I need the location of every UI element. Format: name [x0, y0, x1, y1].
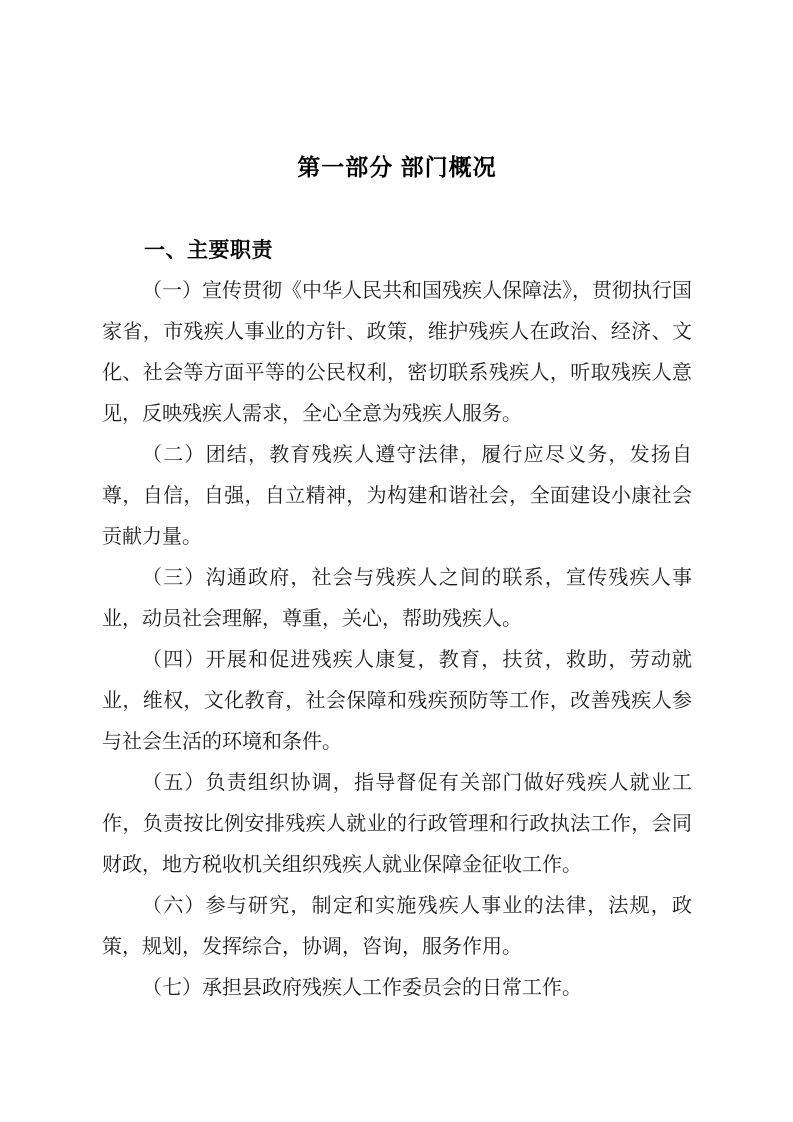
- paragraph-duty-7: （七）承担县政府残疾人工作委员会的日常工作。: [102, 968, 692, 1009]
- paragraph-duty-1: （一）宣传贯彻《中华人民共和国残疾人保障法》，贯彻执行国家省，市残疾人事业的方针…: [102, 271, 692, 435]
- document-content: 第一部分 部门概况 一、主要职责 （一）宣传贯彻《中华人民共和国残疾人保障法》，…: [102, 0, 692, 1009]
- document-title: 第一部分 部门概况: [102, 149, 692, 185]
- paragraph-duty-2: （二）团结，教育残疾人遵守法律，履行应尽义务，发扬自尊，自信，自强，自立精神，为…: [102, 435, 692, 558]
- paragraph-duty-5: （五）负责组织协调，指导督促有关部门做好残疾人就业工作，负责按比例安排残疾人就业…: [102, 763, 692, 886]
- paragraph-duty-4: （四）开展和促进残疾人康复，教育，扶贫，救助，劳动就业，维权，文化教育，社会保障…: [102, 640, 692, 763]
- paragraph-duty-3: （三）沟通政府，社会与残疾人之间的联系，宣传残疾人事业，动员社会理解，尊重，关心…: [102, 558, 692, 640]
- paragraph-duty-6: （六）参与研究，制定和实施残疾人事业的法律，法规，政策，规划，发挥综合，协调，咨…: [102, 886, 692, 968]
- section-heading-main-duties: 一、主要职责: [102, 230, 692, 271]
- document-page: 第一部分 部门概况 一、主要职责 （一）宣传贯彻《中华人民共和国残疾人保障法》，…: [0, 0, 793, 1122]
